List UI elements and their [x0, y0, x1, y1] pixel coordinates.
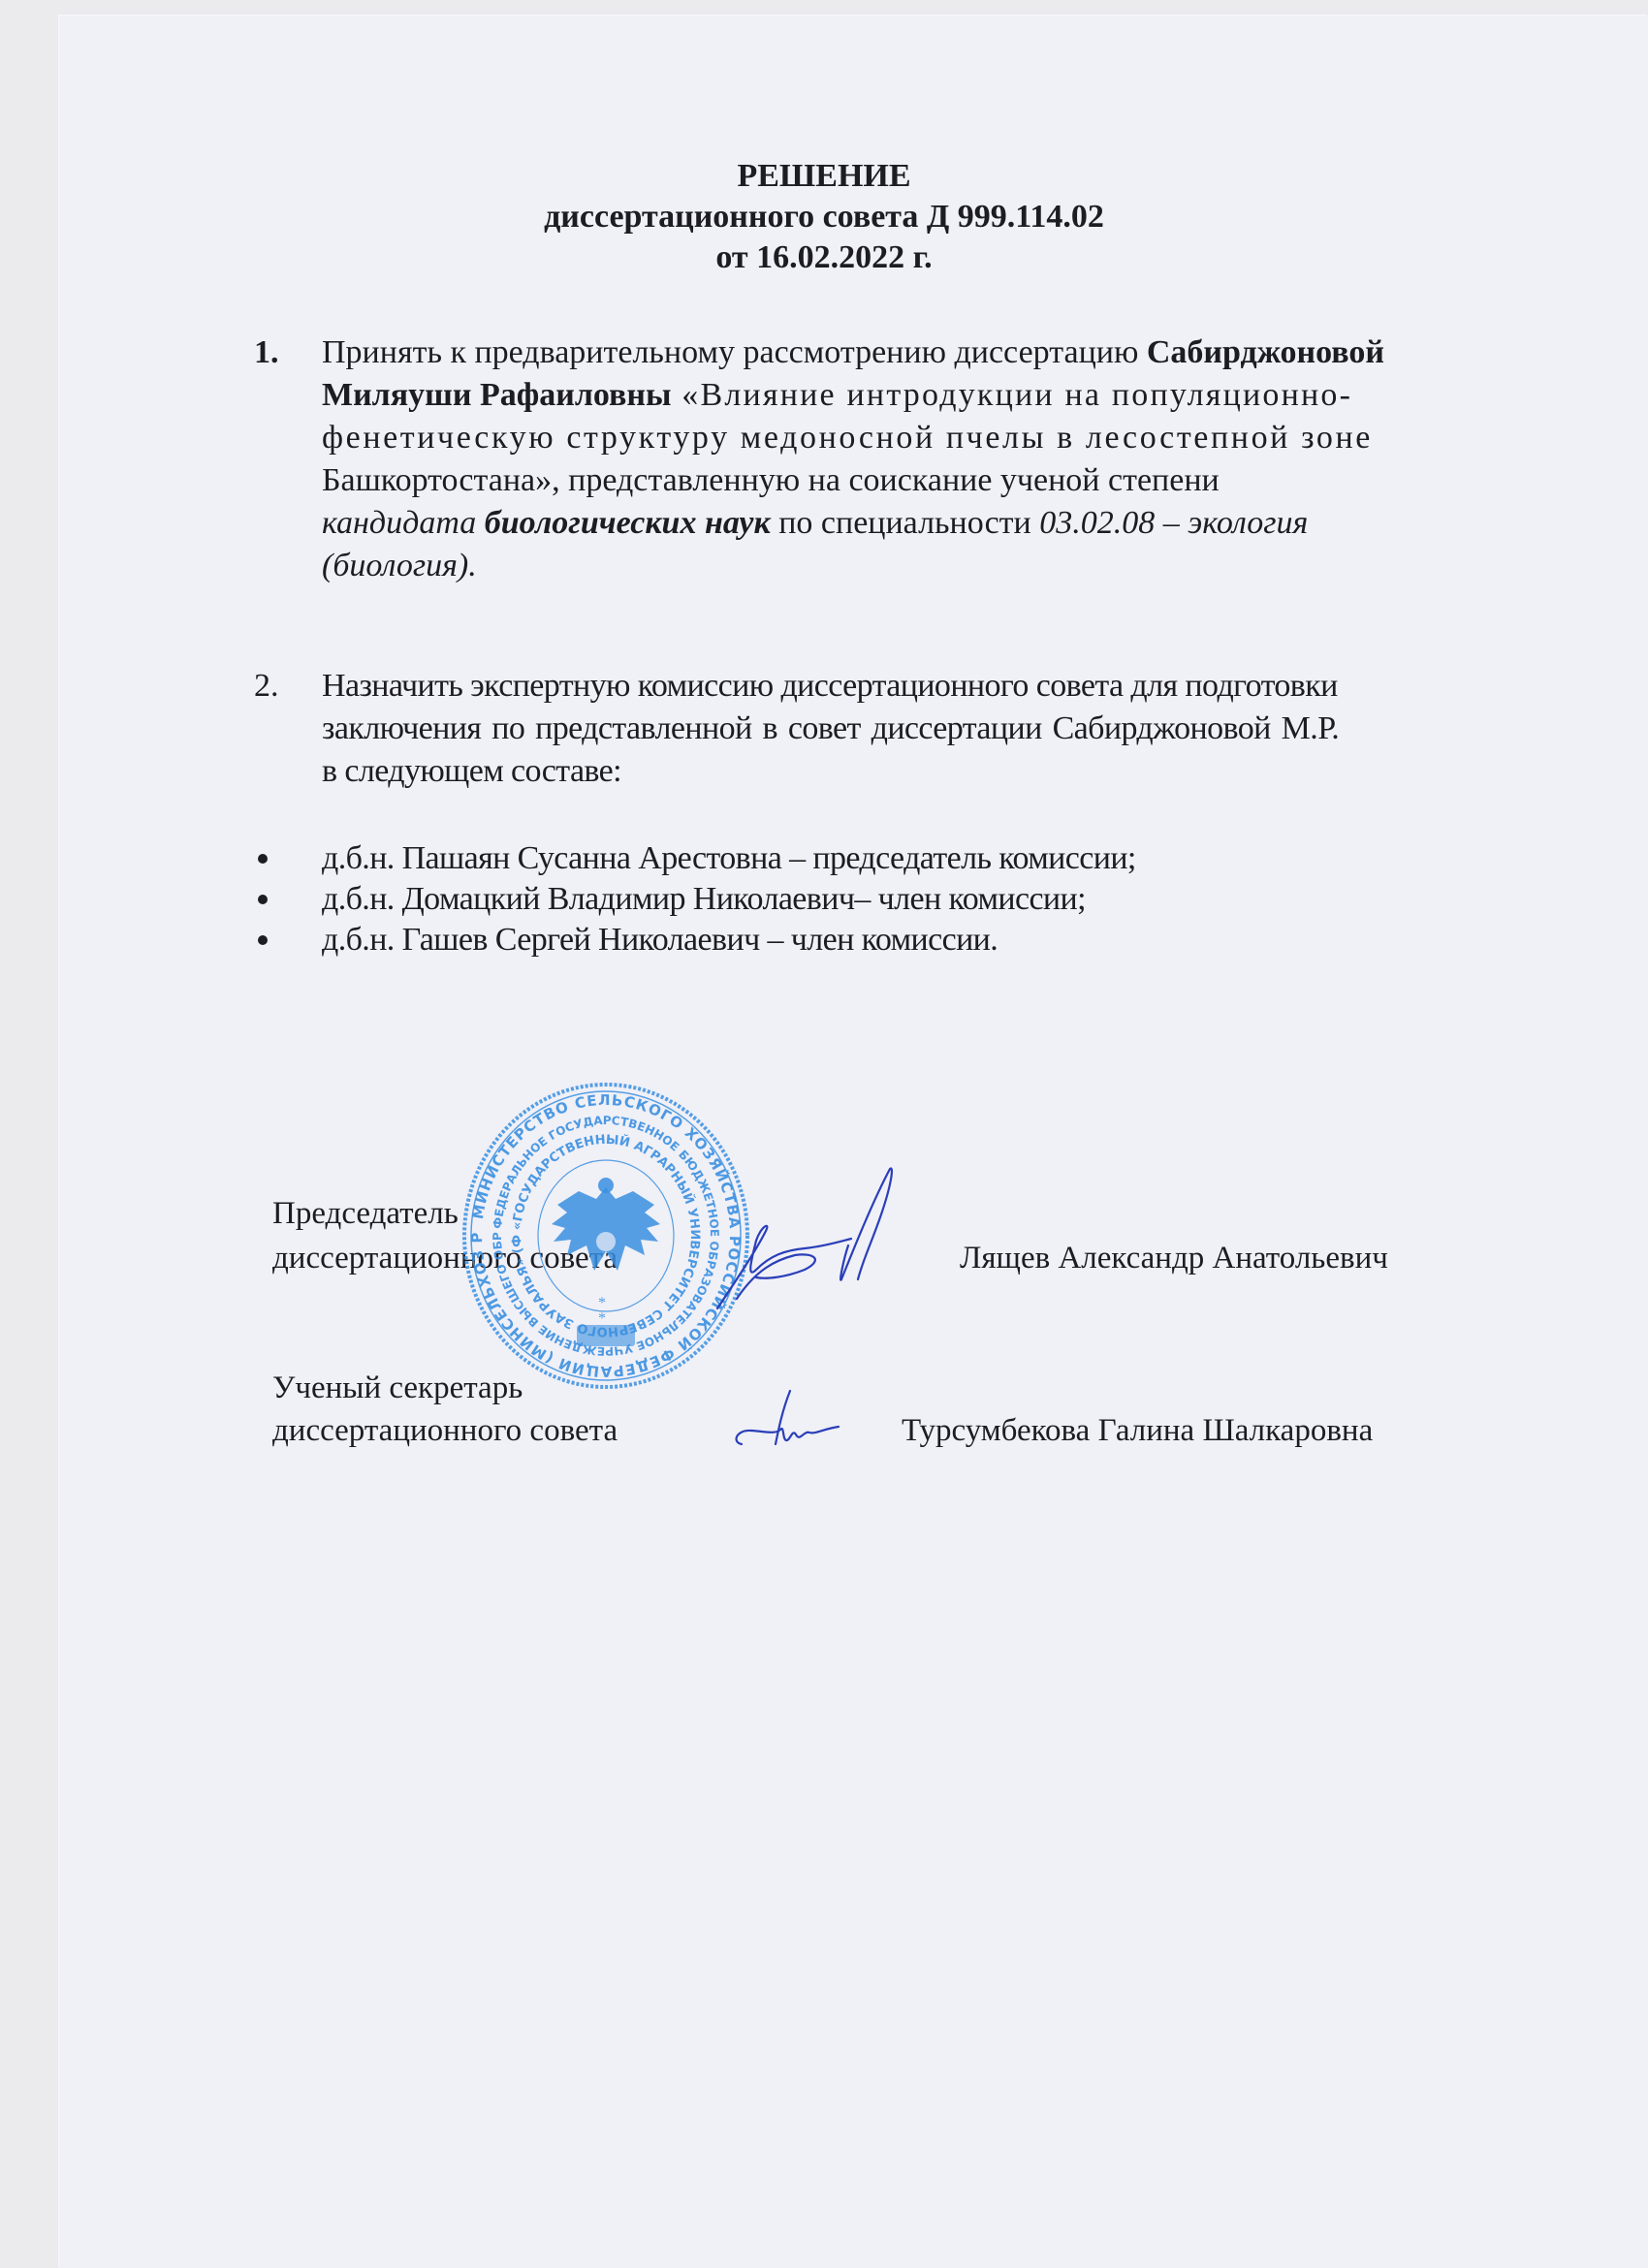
item-1-line-4: Башкортостана», представленную на соиска… — [322, 459, 1220, 502]
thesis-title-start: «Влияние интродукции на популяционно- — [672, 377, 1353, 413]
secretary-name: Турсумбекова Галина Шалкаровна — [902, 1411, 1373, 1450]
bullet-icon — [258, 854, 268, 864]
svg-text:*: * — [598, 1310, 606, 1327]
item-number-1: 1. — [254, 331, 279, 374]
chair-name: Лящев Александр Анатольевич — [960, 1239, 1388, 1277]
secretary-signature-icon — [722, 1386, 858, 1464]
space — [476, 505, 485, 541]
item-1-line-6: (биология). — [322, 545, 477, 587]
commission-member-3: д.б.н. Гашев Сергей Николаевич – член ко… — [322, 919, 998, 961]
bullet-icon — [258, 895, 268, 904]
item-1-line-1: Принять к предварительному рассмотрению … — [322, 331, 1384, 374]
item-2-line-1: Назначить экспертную комиссию диссертаци… — [322, 665, 1338, 708]
specialty-code: 03.02.08 – экология — [1039, 505, 1308, 541]
secretary-role-line2: диссертационного совета — [272, 1411, 618, 1450]
item-number-2: 2. — [254, 665, 279, 708]
document-subtitle: диссертационного совета Д 999.114.02 — [0, 198, 1648, 236]
item-2-line-3: в следующем составе: — [322, 750, 621, 793]
chair-role-line1: Председатель — [272, 1194, 459, 1233]
commission-member-1: д.б.н. Пашаян Сусанна Арестовна – предсе… — [322, 837, 1136, 880]
bullet-icon — [258, 935, 268, 945]
science-field: биологических наук — [485, 505, 771, 541]
candidate-given-names: Миляуши Рафаиловны — [322, 377, 672, 413]
item-1-line-3: фенетическую структуру медоносной пчелы … — [322, 417, 1373, 459]
item-1-line-2: Миляуши Рафаиловны «Влияние интродукции … — [322, 374, 1352, 417]
item-2-line-2: заключения по представленной в совет дис… — [322, 708, 1339, 750]
document-date: от 16.02.2022 г. — [0, 238, 1648, 277]
candidate-surname: Сабирджоновой — [1147, 334, 1384, 370]
text: Принять к предварительному рассмотрению … — [322, 334, 1147, 370]
chair-signature-icon — [679, 1163, 911, 1328]
commission-member-2: д.б.н. Домацкий Владимир Николаевич– чле… — [322, 878, 1086, 921]
degree-label: кандидата — [322, 505, 476, 541]
item-1-line-5: кандидата биологических наук по специаль… — [322, 502, 1308, 545]
text: по специальности — [771, 505, 1040, 541]
svg-text:*: * — [598, 1295, 606, 1311]
document-title: РЕШЕНИЕ — [0, 157, 1648, 196]
specialty-field: (биология). — [322, 548, 477, 583]
